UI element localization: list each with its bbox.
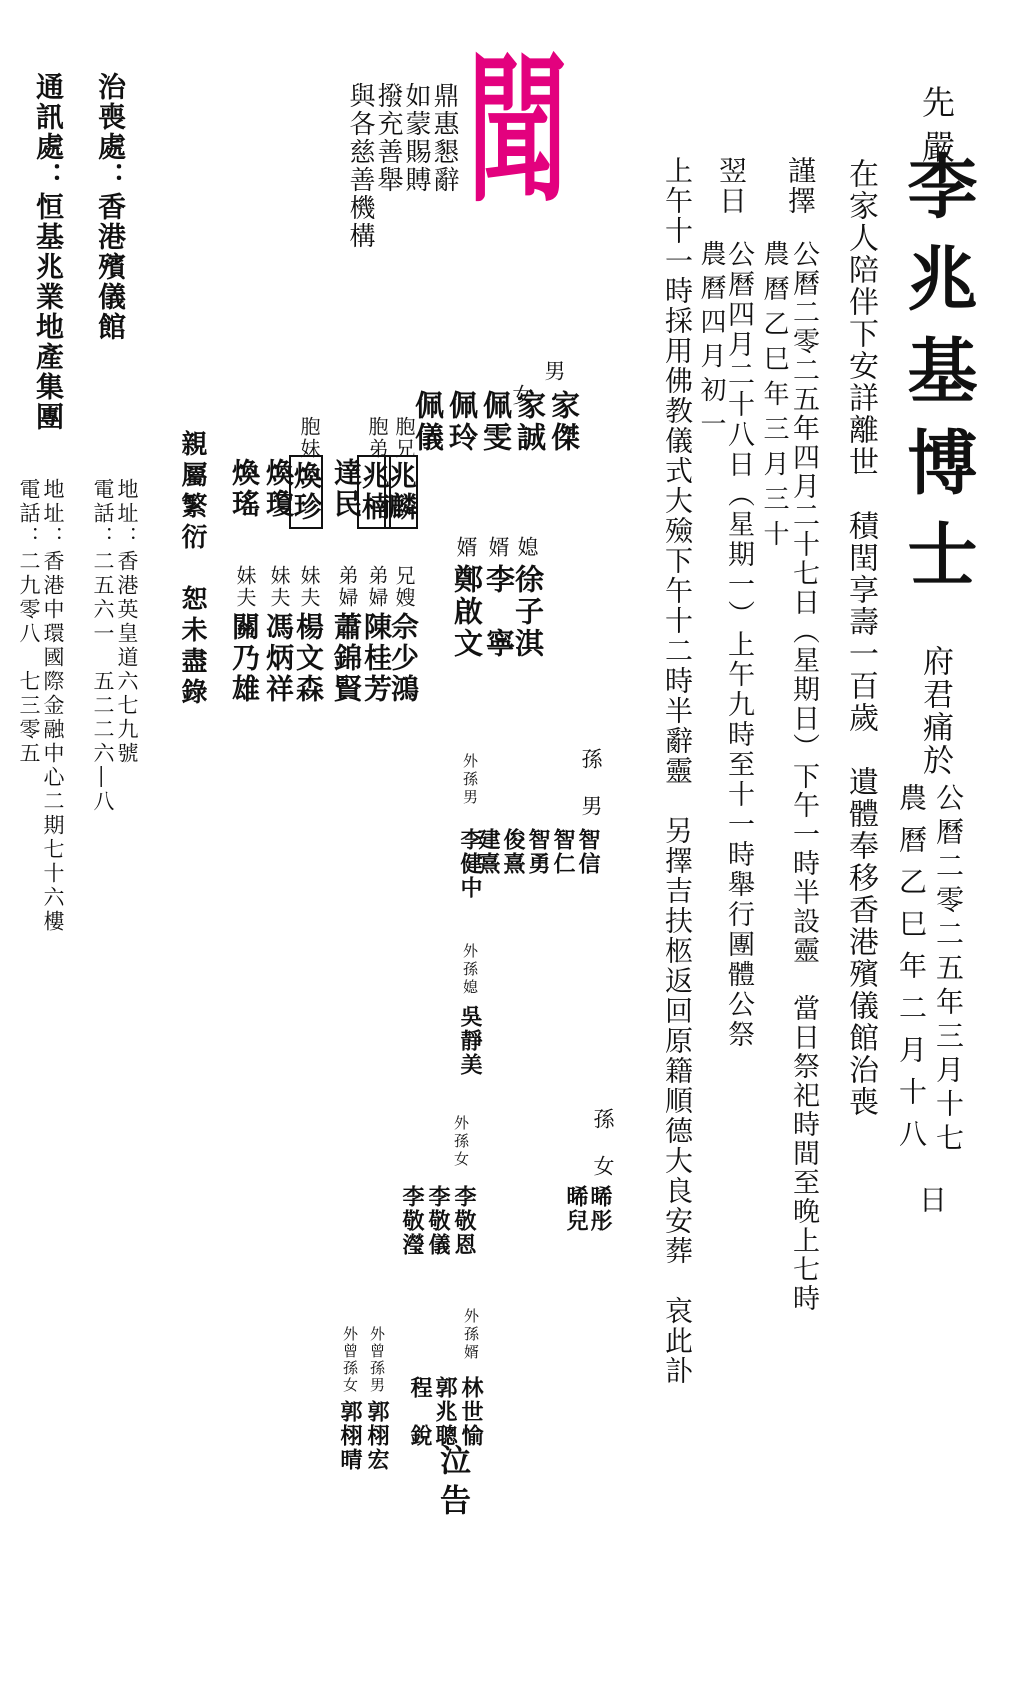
daughter-name: 佩玲: [446, 390, 475, 454]
sons-label: 男: [543, 360, 564, 381]
maternal-great-grandson-label: 外曾孫男: [369, 1326, 384, 1394]
grandson-name: 俊熹: [502, 828, 524, 876]
daughter-in-law-name: 徐子淇: [512, 564, 541, 660]
maternal-granddaughter-husband-name: 郭兆聰: [434, 1376, 456, 1448]
funeral-day-prefix: 翌日: [717, 156, 745, 216]
sister-name: 煥珍: [289, 455, 323, 529]
sibling-spouse-label: 妹夫: [298, 565, 318, 609]
maternal-great-granddaughter-label: 外曾孫女: [342, 1326, 357, 1394]
vigil-prefix: 謹擇: [786, 156, 814, 216]
son-name: 家傑: [548, 390, 577, 454]
grandson-name: 智信: [577, 828, 599, 876]
son-in-law-label: 婿: [487, 536, 508, 557]
son-in-law-label: 婿: [455, 536, 476, 557]
closing-weeping-announcement: 泣告: [437, 1444, 468, 1524]
funeral-office-address: 地址：香港英皇道六七九號: [116, 478, 137, 766]
younger-brother-name: 兆楠: [357, 455, 391, 529]
sibling-spouse-name: 陳桂芳: [362, 612, 390, 705]
deceased-name: 李兆基博士: [902, 150, 972, 610]
passing-text: 在家人陪伴下安詳離世 積閏享壽一百歲 遺體奉移香港殯儀館治喪: [845, 158, 875, 1118]
death-date-gregorian: 公曆二零二五年三月十七: [934, 783, 962, 1157]
son-in-law-name: 李 寧: [483, 564, 512, 660]
maternal-granddaughter-name: 李敬儀: [427, 1185, 449, 1257]
elder-brother-label: 胞兄: [393, 416, 413, 460]
daughter-name: 佩儀: [412, 390, 441, 454]
maternal-granddaughters-husbands-label: 外孫婿: [463, 1308, 478, 1362]
condolence-note-line3: 撥充善舉: [376, 82, 402, 194]
condolence-note-line2: 如蒙賜賻: [404, 82, 430, 194]
granddaughter-name: 晞兒: [565, 1185, 587, 1233]
correspondence-phone: 電話：二九零八 七三零五: [18, 478, 39, 766]
maternal-great-granddaughter-name: 郭栩晴: [339, 1400, 361, 1472]
granddaughter-name: 晞彤: [589, 1185, 611, 1233]
vigil-date-gregorian: 公曆二零二五年四月二十七日（星期日）下午一時半設靈 當日祭祀時間至晚上七時: [790, 240, 817, 1313]
sibling-spouse-label: 弟婦: [366, 565, 386, 609]
sibling-spouse-label: 妹夫: [268, 565, 288, 609]
daughter-name: 佩雯: [480, 390, 509, 454]
funeral-office-phone: 電話：二五六一 五二二六—八: [92, 478, 113, 814]
sister-label: 胞妹: [298, 416, 318, 460]
obituary-page: 先嚴 李兆基博士 府君痛於 公曆二零二五年三月十七 農曆乙巳年二月十八 日 在家…: [0, 0, 1024, 1690]
sibling-spouse-name: 楊文森: [294, 612, 322, 705]
vigil-date-lunar: 農曆乙巳年三月三十: [762, 240, 788, 555]
burial-detail: 上午十一時採用佛教儀式大殮下午十二時半辭靈 另擇吉扶柩返回原籍順德大良安葬 哀此…: [663, 156, 691, 1386]
maternal-granddaughter-husband-name: 林世愉: [460, 1376, 482, 1448]
condolence-note-line1: 鼎惠懇辭: [432, 82, 458, 194]
daughter-in-law-label: 媳: [516, 536, 537, 557]
younger-brother-name: 達民: [332, 458, 360, 520]
maternal-grandson-label: 外孫男: [462, 753, 477, 807]
funeral-office-title: 治喪處：香港殯儀館: [96, 72, 124, 342]
maternal-grandson-wife-label: 外孫媳: [462, 943, 477, 997]
maternal-granddaughter-husband-name: 程 銳: [409, 1376, 431, 1448]
younger-brother-label: 胞弟: [366, 416, 386, 460]
obituary-big-char: 聞: [468, 55, 567, 207]
death-date-lunar: 農曆乙巳年二月十八: [897, 783, 925, 1161]
sibling-spouse-name: 關乃雄: [230, 612, 258, 705]
son-in-law-name: 鄭啟文: [451, 564, 480, 660]
sibling-spouse-name: 馮炳祥: [264, 612, 292, 705]
death-date-day-suffix: 日: [917, 1185, 945, 1213]
sibling-spouse-name: 佘少鴻: [389, 612, 417, 705]
maternal-granddaughters-label: 外孫女: [453, 1115, 468, 1169]
sibling-spouse-name: 蕭錦賢: [332, 612, 360, 705]
sibling-spouse-label: 兄嫂: [393, 565, 413, 609]
death-phrase: 府君痛於: [920, 645, 951, 777]
grandson-name: 智勇: [527, 828, 549, 876]
daughters-label: 女: [511, 384, 532, 405]
correspondence-address: 地址：香港中環國際金融中心二期七十六樓: [42, 478, 63, 934]
maternal-great-grandson-name: 郭栩宏: [366, 1400, 388, 1472]
sibling-spouse-label: 弟婦: [336, 565, 356, 609]
sister-name: 煥瓊: [264, 458, 292, 520]
correspondence-title: 通訊處：恒基兆業地產集團: [34, 72, 62, 432]
family-note: 親屬繁衍 恕未盡錄: [180, 430, 206, 709]
maternal-grandson-wife-name: 吳靜美: [459, 1005, 481, 1077]
maternal-granddaughter-name: 李敬瀅: [401, 1185, 423, 1257]
maternal-granddaughter-name: 李敬恩: [453, 1185, 475, 1257]
funeral-date-gregorian: 公曆四月二十八日（星期一）上午九時至十一時舉行團體公祭: [725, 240, 752, 1050]
grandson-name: 智仁: [552, 828, 574, 876]
condolence-note-line4: 與各慈善機構: [348, 82, 374, 250]
sibling-spouse-label: 妹夫: [234, 565, 254, 609]
funeral-date-lunar: 農曆四月初一: [699, 240, 725, 444]
maternal-grandson-name: 李健中: [459, 828, 481, 900]
sister-name: 煥瑤: [230, 458, 258, 520]
